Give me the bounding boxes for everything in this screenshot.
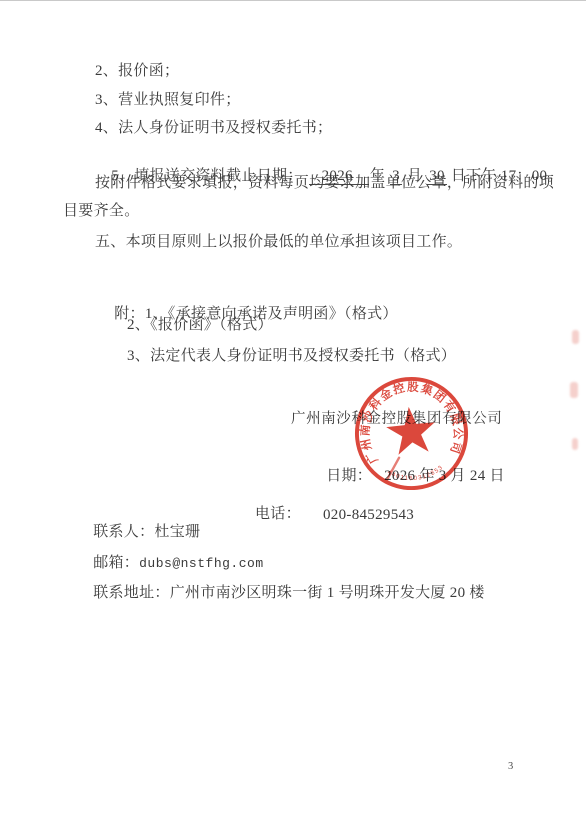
- document-page: 2、报价函； 3、营业执照复印件； 4、法人身份证明书及授权委托书； 5、填报送…: [0, 0, 586, 831]
- list-item-2: 2、报价函；: [95, 62, 179, 80]
- contact-phone-value: 020-84529543: [323, 506, 414, 524]
- scan-top-edge-line: [0, 0, 586, 1]
- attachment-item-3: 3、法定代表人身份证明书及授权委托书（格式）: [127, 347, 456, 365]
- contact-address-line: 联系地址：广州市南沙区明珠一街 1 号明珠开发大厦 20 楼: [77, 566, 485, 620]
- attachment-item-2: 2、《报价函》（格式）: [127, 316, 273, 334]
- contact-address-value: 广州市南沙区明珠一街 1 号明珠开发大厦 20 楼: [170, 585, 485, 601]
- list-item-3: 3、营业执照复印件；: [95, 91, 241, 109]
- paragraph-line-2: 目要齐全。: [63, 202, 140, 220]
- page-number: 3: [508, 761, 513, 772]
- company-seal: 广州南沙科金控股集团有限公司 4401150312853: [346, 368, 477, 499]
- contact-phone-label: 电话：: [255, 505, 301, 523]
- seal-star-icon: [384, 404, 438, 455]
- list-item-4: 4、法人身份证明书及授权委托书；: [95, 119, 332, 137]
- paragraph-line-1: 按附件格式要求填报，资料每页均要求加盖单位公章，所附资料的项: [95, 174, 554, 192]
- item-five: 五、本项目原则上以报价最低的单位承担该项目工作。: [95, 233, 462, 251]
- ink-bleed-mark: [572, 330, 579, 344]
- ink-bleed-mark: [570, 382, 578, 398]
- contact-address-label: 联系地址：: [93, 585, 170, 601]
- ink-bleed-mark: [572, 438, 578, 450]
